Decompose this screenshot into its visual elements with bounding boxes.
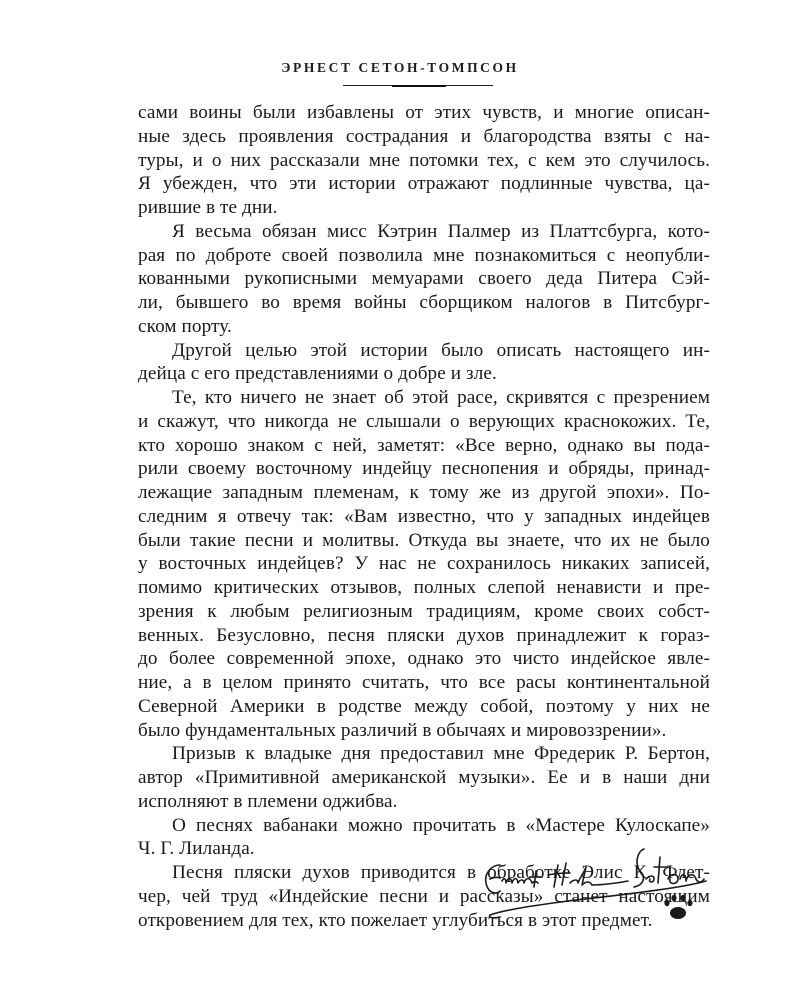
text-line: следним я отвечу так: «Вам известно, что… xyxy=(138,505,710,529)
text-line: Северной Америки в родстве между собой, … xyxy=(138,695,710,719)
text-line: Я убежден, что эти истории отражают подл… xyxy=(138,172,710,196)
text-line: туры, и о них рассказали мне потомки тех… xyxy=(138,149,710,173)
header-rule-accent xyxy=(392,85,446,87)
text-line: рившие в те дни. xyxy=(138,196,710,220)
text-line: Я весьма обязан мисс Кэтрин Палмер из Пл… xyxy=(138,220,710,244)
running-head: ЭРНЕСТ СЕТОН-ТОМПСОН xyxy=(0,60,800,76)
text-line: кто хорошо знаком с ней, заметят: «Все в… xyxy=(138,434,710,458)
text-line: венных. Безусловно, песня пляски духов п… xyxy=(138,624,710,648)
text-line: сами воины были избавлены от этих чувств… xyxy=(138,101,710,125)
text-line: автор «Примитивной американской музыки».… xyxy=(138,766,710,790)
body-text: сами воины были избавлены от этих чувств… xyxy=(138,101,710,932)
signature-icon xyxy=(478,843,728,933)
text-line: до более современной эпохе, однако это ч… xyxy=(138,647,710,671)
text-line: ском порту. xyxy=(138,315,710,339)
text-line: помимо критических отзывов, полных слепо… xyxy=(138,576,710,600)
text-line: рая по доброте своей позволила мне позна… xyxy=(138,244,710,268)
text-line: дейца с его представлениями о добре и зл… xyxy=(138,362,710,386)
text-line: у восточных индейцев? У нас не сохранило… xyxy=(138,552,710,576)
text-line: Те, кто ничего не знает об этой расе, ск… xyxy=(138,386,710,410)
text-line: и скажут, что никогда не слышали о верую… xyxy=(138,410,710,434)
text-line: были такие песни и молитвы. Откуда вы зн… xyxy=(138,529,710,553)
text-line: Другой целью этой истории было описать н… xyxy=(138,339,710,363)
text-line: исполняют в племени оджибва. xyxy=(138,790,710,814)
text-line: рили своему восточному индейцу песнопени… xyxy=(138,457,710,481)
text-line: ние, а в целом принято считать, что все … xyxy=(138,671,710,695)
text-line: было фундаментальных различий в обычаях … xyxy=(138,719,710,743)
text-line: лежащие западным племенам, к тому же из … xyxy=(138,481,710,505)
text-line: кованными рукописными мемуарами своего д… xyxy=(138,267,710,291)
text-line: Призыв к владыке дня предоставил мне Фре… xyxy=(138,742,710,766)
text-line: ные здесь проявления сострадания и благо… xyxy=(138,125,710,149)
text-line: О песнях вабанаки можно прочитать в «Мас… xyxy=(138,814,710,838)
text-line: зрения к любым религиозным традициям, кр… xyxy=(138,600,710,624)
text-line: ли, бывшего во время войны сборщиком нал… xyxy=(138,291,710,315)
